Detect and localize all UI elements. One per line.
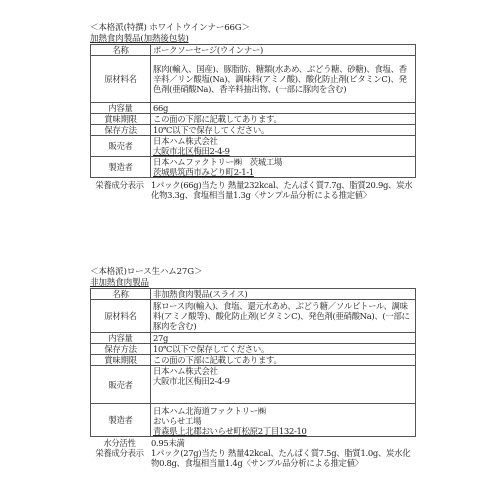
row-value: 豚肉(輸入、国産)、豚脂肪、糖類(水あめ、ぶどう糖、砂糖)、食塩、香辛料／リン酸…: [151, 56, 416, 103]
product-2-title: ＜本格派)ロース生ハム27G＞: [90, 267, 416, 278]
row-value: 10℃以下で保存してください。: [151, 344, 416, 355]
row-value: 日本ハム北海道ファクトリー㈱ おいらせ工場 青森県上北郡おいらせ町松原2丁目13…: [151, 404, 416, 437]
water-activity-label: 水分活性: [90, 438, 149, 448]
manufacturer-address: 青森県上北郡おいらせ町松原2丁目132-10: [153, 426, 413, 436]
product-2-label: ＜本格派)ロース生ハム27G＞ 非加熱食肉製品 名称 非加熱食肉製品(スライス)…: [90, 267, 416, 468]
row-label: 内容量: [91, 333, 151, 344]
row-value: 日本ハムファクトリー㈱ 茨城工場 茨城県筑西市みどり町2-1-1: [151, 157, 416, 178]
product-1-table: 名称 ポークソーセージ(ウインナー) 原材料名 豚肉(輸入、国産)、豚脂肪、糖類…: [90, 44, 416, 178]
product-1-category: 加熱食肉製品(加熱後包装): [90, 34, 416, 44]
nutrition-value: 1パック(27g)当たり 熱量42kcal、たんぱく質7.5g、脂質1.0g、炭…: [149, 448, 416, 468]
product-2-table: 名称 非加熱食肉製品(スライス) 原材料名 豚ロース肉(輸入)、食塩、還元水あめ…: [90, 288, 416, 437]
manufacturer-name: 日本ハム北海道ファクトリー㈱: [153, 406, 413, 416]
row-label: 内容量: [91, 103, 151, 114]
nutrition-label: 栄養成分表示: [90, 180, 149, 200]
seller-address: 大阪市北区梅田2-4-9: [153, 146, 413, 156]
row-value: この面の下部に記載してあります。: [151, 114, 416, 125]
product-1-label: ＜本格派(特撰) ホワイトウインナー66G＞ 加熱食肉製品(加熱後包装) 名称 …: [90, 23, 416, 200]
row-label: 原材料名: [91, 56, 151, 103]
seller-address: 大阪市北区梅田2-4-9: [153, 376, 413, 386]
seller-name: 日本ハム株式会社: [153, 136, 413, 146]
table-row: 内容量 66g: [91, 103, 416, 114]
table-row: 販売者 日本ハム株式会社 大阪市北区梅田2-4-9: [91, 366, 416, 404]
nutrition-value: 1パック(66g)当たり 熱量232kcal、たんぱく質7.7g、脂質20.9g…: [149, 180, 416, 200]
table-row: 販売者 日本ハム株式会社 大阪市北区梅田2-4-9: [91, 136, 416, 157]
table-row: 名称 ポークソーセージ(ウインナー): [91, 45, 416, 56]
manufacturer-address: 茨城県筑西市みどり町2-1-1: [153, 167, 413, 177]
row-label: 名称: [91, 289, 151, 300]
manufacturer-plant: おいらせ工場: [153, 416, 413, 426]
row-label: 製造者: [91, 157, 151, 178]
table-row: 原材料名 豚ロース肉(輸入)、食塩、還元水あめ、ぶどう糖／ソルビトール、調味料(…: [91, 300, 416, 333]
water-activity-value: 0.95未満: [149, 438, 416, 448]
nutrition-row: 栄養成分表示 1パック(66g)当たり 熱量232kcal、たんぱく質7.7g、…: [90, 180, 416, 200]
row-label: 原材料名: [91, 300, 151, 333]
nutrition-label: 栄養成分表示: [90, 448, 149, 468]
row-label: 販売者: [91, 366, 151, 404]
row-value: 66g: [151, 103, 416, 114]
row-value: 非加熱食肉製品(スライス): [151, 289, 416, 300]
product-2-category: 非加熱食肉製品: [90, 278, 416, 288]
row-label: 賞味期限: [91, 355, 151, 366]
table-row: 保存方法 10℃以下で保存してください。: [91, 125, 416, 136]
product-1-title: ＜本格派(特撰) ホワイトウインナー66G＞: [90, 23, 416, 34]
table-row: 内容量 27g: [91, 333, 416, 344]
table-row: 製造者 日本ハム北海道ファクトリー㈱ おいらせ工場 青森県上北郡おいらせ町松原2…: [91, 404, 416, 437]
row-label: 賞味期限: [91, 114, 151, 125]
table-row: 保存方法 10℃以下で保存してください。: [91, 344, 416, 355]
table-row: 原材料名 豚肉(輸入、国産)、豚脂肪、糖類(水あめ、ぶどう糖、砂糖)、食塩、香辛…: [91, 56, 416, 103]
row-label: 保存方法: [91, 344, 151, 355]
table-row: 賞味期限 この面の下部に記載してあります。: [91, 355, 416, 366]
water-activity-row: 水分活性 0.95未満: [90, 438, 416, 448]
row-value: 27g: [151, 333, 416, 344]
row-label: 保存方法: [91, 125, 151, 136]
seller-name: 日本ハム株式会社: [153, 366, 413, 376]
row-value: 日本ハム株式会社 大阪市北区梅田2-4-9: [151, 366, 416, 404]
row-label: 販売者: [91, 136, 151, 157]
table-row: 製造者 日本ハムファクトリー㈱ 茨城工場 茨城県筑西市みどり町2-1-1: [91, 157, 416, 178]
row-label: 製造者: [91, 404, 151, 437]
table-row: 名称 非加熱食肉製品(スライス): [91, 289, 416, 300]
row-value: 豚ロース肉(輸入)、食塩、還元水あめ、ぶどう糖／ソルビトール、調味料(アミノ酸等…: [151, 300, 416, 333]
row-value: 日本ハム株式会社 大阪市北区梅田2-4-9: [151, 136, 416, 157]
row-value: 10℃以下で保存してください。: [151, 125, 416, 136]
row-value: この面の下部に記載してあります。: [151, 355, 416, 366]
row-label: 名称: [91, 45, 151, 56]
table-row: 賞味期限 この面の下部に記載してあります。: [91, 114, 416, 125]
row-value: ポークソーセージ(ウインナー): [151, 45, 416, 56]
nutrition-row: 栄養成分表示 1パック(27g)当たり 熱量42kcal、たんぱく質7.5g、脂…: [90, 448, 416, 468]
manufacturer-name: 日本ハムファクトリー㈱ 茨城工場: [153, 157, 413, 167]
